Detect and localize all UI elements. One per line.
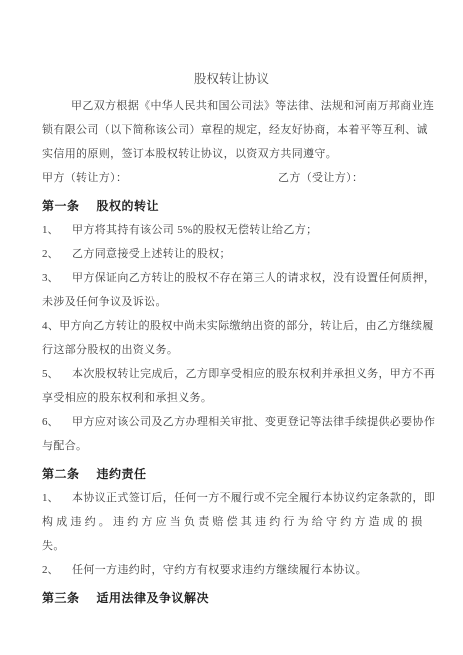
clause-line: 2、任何一方违约时，守约方有权要求违约方继续履行本协议。 <box>42 558 453 582</box>
clause-text: 任何一方违约时，守约方有权要求违约方继续履行本协议。 <box>72 564 367 576</box>
clause-number: 6、 <box>42 410 72 434</box>
section-3-heading: 第三条适用法律及争议解决 <box>42 586 453 610</box>
document-page: 股权转让协议 甲乙双方根据《中华人民共和国公司法》等法律、法规和河南万邦商业连 … <box>0 0 463 655</box>
party-a-label: 甲方（转让方）： <box>42 172 127 184</box>
section-heading-number: 第二条 <box>42 467 80 481</box>
clause-text: 本次股权转让完成后，乙方即享受相应的股东权利并承担义务，甲方不再 <box>72 368 435 380</box>
section-heading-title: 股权的转让 <box>97 199 160 213</box>
clause-line: 2、乙方同意接受上述转让的股权； <box>42 242 453 266</box>
clause-line: 失。 <box>42 534 453 558</box>
section-heading-number: 第一条 <box>42 199 80 213</box>
section-heading-number: 第三条 <box>42 591 80 605</box>
section-2-heading: 第二条违约责任 <box>42 462 453 486</box>
intro-line: 锁有限公司（以下简称该公司）章程的规定，经友好协商，本着平等互利、诚 <box>42 118 453 142</box>
clause-number: 1、 <box>42 218 72 242</box>
clause-line: 享受相应的股东权利和承担义务。 <box>42 386 453 410</box>
clause-text: 甲方保证向乙方转让的股权不存在第三人的请求权，没有设置任何质押， <box>72 272 435 284</box>
clause-text: 甲方将其持有该公司 5%的股权无偿转让给乙方； <box>72 224 317 236</box>
intro-line: 甲乙双方根据《中华人民共和国公司法》等法律、法规和河南万邦商业连 <box>42 94 453 118</box>
clause-line: 与配合。 <box>42 434 453 458</box>
clause-line: 1、本协议正式签订后，任何一方不履行或不完全履行本协议约定条款的，即 <box>42 486 453 510</box>
clause-text: 甲方应对该公司及乙方办理相关审批、变更登记等法律手续提供必要协作 <box>72 416 435 428</box>
clause-number: 1、 <box>42 486 72 510</box>
section-heading-title: 适用法律及争议解决 <box>97 591 210 605</box>
clause-line: 构成违约。违约方应当负责赔偿其违约行为给守约方造成的损 <box>42 510 453 534</box>
clause-line: 3、甲方保证向乙方转让的股权不存在第三人的请求权，没有设置任何质押， <box>42 266 453 290</box>
clause-number: 2、 <box>42 242 72 266</box>
clause-text: 本协议正式签订后，任何一方不履行或不完全履行本协议约定条款的，即 <box>72 492 435 504</box>
clause-text: 乙方同意接受上述转让的股权； <box>72 248 231 260</box>
parties-line: 甲方（转让方）： 乙方（受让方）： <box>42 166 453 190</box>
clause-line: 4、甲方向乙方转让的股权中尚未实际缴纳出资的部分，转让后，由乙方继续履 <box>42 314 453 338</box>
party-b-label: 乙方（受让方）： <box>278 166 363 190</box>
clause-number: 5、 <box>42 362 72 386</box>
section-heading-title: 违约责任 <box>97 467 147 481</box>
clause-line: 5、本次股权转让完成后，乙方即享受相应的股东权利并承担义务，甲方不再 <box>42 362 453 386</box>
section-1-heading: 第一条股权的转让 <box>42 194 453 218</box>
clause-line: 6、甲方应对该公司及乙方办理相关审批、变更登记等法律手续提供必要协作 <box>42 410 453 434</box>
doc-title: 股权转让协议 <box>0 66 463 92</box>
clause-number: 2、 <box>42 558 72 582</box>
clause-number: 3、 <box>42 266 72 290</box>
intro-line: 实信用的原则，签订本股权转让协议，以资双方共同遵守。 <box>42 142 453 166</box>
clause-line: 未涉及任何争议及诉讼。 <box>42 290 453 314</box>
clause-line: 行这部分股权的出资义务。 <box>42 338 453 362</box>
clause-line: 1、甲方将其持有该公司 5%的股权无偿转让给乙方； <box>42 218 453 242</box>
